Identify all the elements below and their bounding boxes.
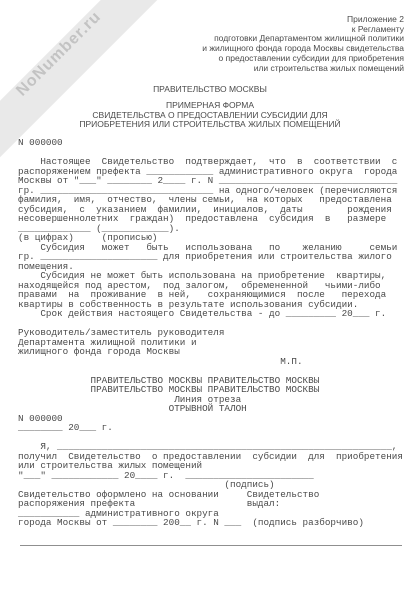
validity-line: Срок действия настоящего Свидетельства -… [18,309,403,319]
issued-on-line: города Москвы от ________ 200__ г. N ___… [18,518,403,528]
talon-date-line: ________ 20___ г. [18,423,403,433]
talon-title: ОТРЫВНОЙ ТАЛОН [18,404,403,414]
certificate-number: N 000000 [18,138,403,148]
stamp-placeholder: М.П. [18,357,403,367]
form-line: гр. _____________________ для приобретен… [18,252,403,262]
form-body: N 000000 Настоящее Свидетельство подтвер… [18,138,403,528]
form-title: ПРИМЕРНАЯ ФОРМА СВИДЕТЕЛЬСТВА О ПРЕДОСТА… [0,101,420,130]
bottom-divider [20,545,402,546]
government-title: ПРАВИТЕЛЬСТВО МОСКВЫ [0,84,420,94]
form-title-line: ПРИОБРЕТЕНИЯ ИЛИ СТРОИТЕЛЬСТВА ЖИЛЫХ ПОМ… [0,120,420,130]
document-page: NoNumber.ru Приложение 2 к Регламенту по… [0,0,420,600]
appendix-note: Приложение 2 к Регламенту подготовки Деп… [202,15,404,73]
appendix-note-line: или строительства жилых помещений [202,64,404,74]
